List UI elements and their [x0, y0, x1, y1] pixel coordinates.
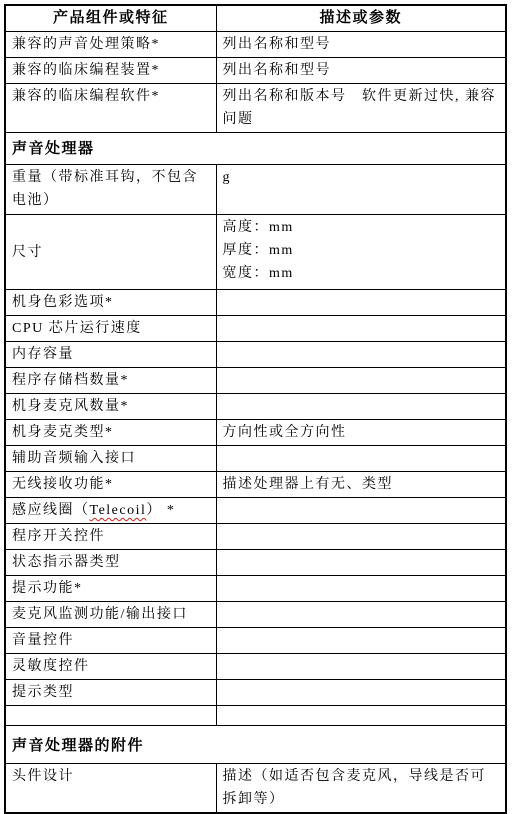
table-header-row: 产品组件或特征 描述或参数: [5, 5, 506, 32]
feature-text-prefix: 感应线圈（: [12, 503, 90, 518]
table-row: 尺寸 高度：mm 厚度：mm 宽度：mm: [5, 215, 506, 290]
table-row: 提示功能*: [5, 576, 506, 602]
value-cell: [216, 654, 506, 680]
value-cell: [216, 290, 506, 316]
table-row-empty: [5, 706, 506, 726]
value-cell: [216, 498, 506, 524]
feature-cell: 机身麦克类型*: [5, 420, 216, 446]
feature-cell: 兼容的临床编程装置*: [5, 58, 216, 84]
table-row: 无线接收功能* 描述处理器上有无、类型: [5, 472, 506, 498]
table-row: 音量控件: [5, 628, 506, 654]
feature-cell: 重量（带标准耳钩，不包含电池）: [5, 165, 216, 215]
value-cell: 描述（如适否包含麦克风，导线是否可拆卸等）: [216, 764, 506, 814]
feature-cell: CPU 芯片运行速度: [5, 316, 216, 342]
feature-cell: 辅助音频输入接口: [5, 446, 216, 472]
value-cell: 列出名称和型号: [216, 32, 506, 58]
value-cell: [216, 550, 506, 576]
section-header-sound-processor: 声音处理器: [5, 133, 506, 165]
value-cell: g: [216, 165, 506, 215]
table-row: 提示类型: [5, 680, 506, 706]
dimension-width: 宽度：mm: [223, 262, 500, 285]
table-row: 麦克风监测功能/输出接口: [5, 602, 506, 628]
table-row: 程序开关控件: [5, 524, 506, 550]
value-cell: 列出名称和版本号 软件更新过快, 兼容问题: [216, 84, 506, 133]
table-row: 灵敏度控件: [5, 654, 506, 680]
feature-cell: 机身麦克风数量*: [5, 394, 216, 420]
spellcheck-word: Telecoil: [90, 503, 147, 518]
dimension-height: 高度：mm: [223, 216, 500, 239]
table-row-section: 声音处理器的附件: [5, 726, 506, 764]
value-cell: [216, 680, 506, 706]
feature-text-suffix: ） *: [146, 503, 175, 518]
table-row: 内存容量: [5, 342, 506, 368]
feature-cell: 灵敏度控件: [5, 654, 216, 680]
value-cell-dimensions: 高度：mm 厚度：mm 宽度：mm: [216, 215, 506, 290]
value-cell: [216, 602, 506, 628]
feature-cell: 状态指示器类型: [5, 550, 216, 576]
value-cell: [216, 394, 506, 420]
feature-cell: 机身色彩选项*: [5, 290, 216, 316]
feature-cell: 音量控件: [5, 628, 216, 654]
feature-cell: 内存容量: [5, 342, 216, 368]
value-cell: [216, 706, 506, 726]
feature-cell: 提示功能*: [5, 576, 216, 602]
table-row: 机身麦克风数量*: [5, 394, 506, 420]
table-row-section: 声音处理器: [5, 133, 506, 165]
feature-cell: 头件设计: [5, 764, 216, 814]
value-cell: 描述处理器上有无、类型: [216, 472, 506, 498]
table-row: 兼容的临床编程软件* 列出名称和版本号 软件更新过快, 兼容问题: [5, 84, 506, 133]
section-header-accessories: 声音处理器的附件: [5, 726, 506, 764]
value-cell: [216, 446, 506, 472]
dimension-thickness: 厚度：mm: [223, 239, 500, 262]
column-header-description: 描述或参数: [216, 5, 506, 32]
table-row: 辅助音频输入接口: [5, 446, 506, 472]
table-row: 机身色彩选项*: [5, 290, 506, 316]
feature-cell: 程序存储档数量*: [5, 368, 216, 394]
value-cell: [216, 368, 506, 394]
feature-cell: 尺寸: [5, 215, 216, 290]
feature-cell: 程序开关控件: [5, 524, 216, 550]
feature-cell: 麦克风监测功能/输出接口: [5, 602, 216, 628]
value-cell: [216, 576, 506, 602]
table-row: CPU 芯片运行速度: [5, 316, 506, 342]
column-header-feature: 产品组件或特征: [5, 5, 216, 32]
feature-cell-telecoil: 感应线圈（Telecoil） *: [5, 498, 216, 524]
table-row: 机身麦克类型* 方向性或全方向性: [5, 420, 506, 446]
feature-cell: [5, 706, 216, 726]
table-row: 感应线圈（Telecoil） *: [5, 498, 506, 524]
feature-cell: 兼容的临床编程软件*: [5, 84, 216, 133]
value-cell: [216, 316, 506, 342]
value-cell: [216, 524, 506, 550]
feature-cell: 兼容的声音处理策略*: [5, 32, 216, 58]
table-row: 重量（带标准耳钩，不包含电池） g: [5, 165, 506, 215]
table-row: 兼容的声音处理策略* 列出名称和型号: [5, 32, 506, 58]
feature-cell: 无线接收功能*: [5, 472, 216, 498]
value-cell: 列出名称和型号: [216, 58, 506, 84]
product-spec-table: 产品组件或特征 描述或参数 兼容的声音处理策略* 列出名称和型号 兼容的临床编程…: [4, 4, 507, 814]
value-cell: [216, 342, 506, 368]
table-row: 状态指示器类型: [5, 550, 506, 576]
table-row: 兼容的临床编程装置* 列出名称和型号: [5, 58, 506, 84]
table-row: 头件设计 描述（如适否包含麦克风，导线是否可拆卸等）: [5, 764, 506, 814]
value-cell: 方向性或全方向性: [216, 420, 506, 446]
table-row: 程序存储档数量*: [5, 368, 506, 394]
feature-cell: 提示类型: [5, 680, 216, 706]
value-cell: [216, 628, 506, 654]
